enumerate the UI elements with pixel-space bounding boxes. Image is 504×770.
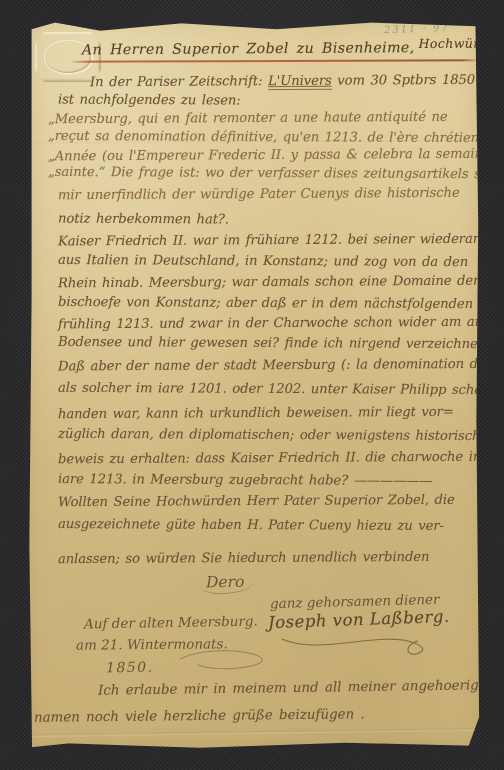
letter-line: ist nachfolgendes zu lesen: — [58, 93, 241, 109]
closing-year: 1850. — [106, 660, 154, 677]
letter-line-quote: „Année (ou l'Empereur Frederic II. y pas… — [48, 147, 491, 165]
letter-line: Rhein hinab. Meersburg; war damals schon… — [58, 274, 479, 292]
letter-line: bischoefe von Konstanz; aber daß er in d… — [58, 295, 473, 312]
address-main: An Herren Superior Zobel zu Bisenheime, — [82, 40, 415, 58]
photo-background: 2311 · 97 An Herren Superior Zobel zu Bi… — [0, 0, 504, 770]
address-line: An Herren Superior Zobel zu Bisenheime,H… — [82, 40, 478, 59]
letter-line: frühling 1213. und zwar in der Charwoche… — [58, 315, 504, 333]
pencil-archival-note: 2311 · 97 — [384, 23, 450, 36]
letter-line: anlassen; so würden Sie hiedurch unendli… — [58, 550, 429, 567]
paper-fold — [28, 728, 480, 737]
closing-place: Auf der alten Meersburg. — [84, 613, 258, 632]
letter-line-quote: „Meersburg, qui en fait remonter a une h… — [48, 110, 448, 127]
letter-line: Wollten Seine Hochwürden Herr Pater Supe… — [58, 493, 455, 510]
postscript-line: namen noch viele herzliche grüße beizufü… — [34, 707, 365, 725]
letter-line: handen war, kann ich urkundlich beweisen… — [58, 405, 454, 422]
letter-paper: 2311 · 97 An Herren Superior Zobel zu Bi… — [28, 19, 480, 750]
date-flourish — [178, 649, 268, 671]
letter-line: Bodensee und hier gewesen sei? finde ich… — [58, 335, 487, 352]
journal-title: L'Univers — [268, 74, 332, 90]
letter-line: notiz herbekommen hat?. — [58, 212, 229, 228]
letter-line: züglich daran, den diplomatischen; oder … — [58, 427, 497, 444]
letter-line: Kaiser Friedrich II. war im frühiare 121… — [58, 232, 504, 250]
signature-flourish — [278, 631, 438, 657]
line1-pre: In der Pariser Zeitschrift: — [90, 74, 268, 90]
letter-line: In der Pariser Zeitschrift: L'Univers vo… — [90, 73, 479, 90]
postscript-line: Ich erlaube mir in meinem und all meiner… — [98, 678, 479, 698]
letter-line: beweis zu erhalten: dass Kaiser Friedric… — [58, 450, 485, 468]
letter-line: iare 1213. in Meersburg zugebracht habe?… — [58, 472, 432, 489]
red-underline-rule — [72, 59, 478, 62]
letter-line-quote: „reçut sa denomination définitive, qu'en… — [48, 129, 499, 146]
line1-post: vom 30 Sptbrs 1850. — [332, 73, 480, 89]
letter-line: als solcher im iare 1201. oder 1202. unt… — [58, 381, 504, 398]
letter-line: Daß aber der name der stadt Meersburg (:… — [58, 357, 504, 375]
letter-line: ausgezeichnete güte haben H. Pater Cueny… — [58, 517, 444, 534]
closing-dero: Dero — [200, 573, 255, 595]
letter-line-quote: „sainte.“ Die frage ist: wo der verfasse… — [48, 165, 489, 182]
letter-line: aus Italien in Deutschland, in Konstanz;… — [58, 253, 468, 270]
address-honorific: Hochwürden, — [419, 35, 504, 51]
letter-line: mir unerfindlich der würdige Pater Cueny… — [58, 186, 460, 203]
